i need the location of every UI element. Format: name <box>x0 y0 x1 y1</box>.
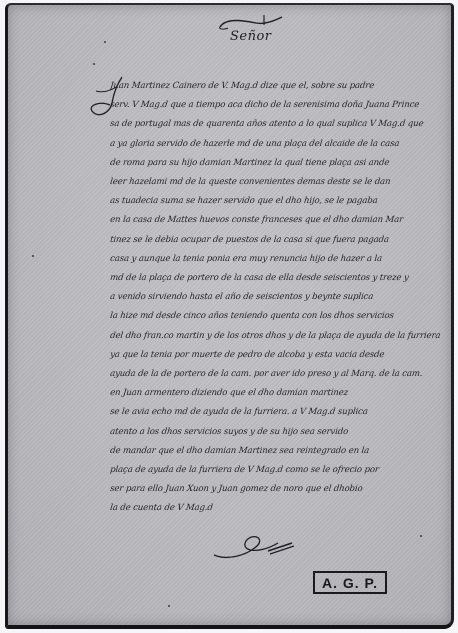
manuscript-line: se le avia echo md de ayuda de la furrie… <box>109 403 453 422</box>
paper-speck <box>420 535 422 537</box>
manuscript-line: leer hazelami md de la queste convenient… <box>109 173 453 192</box>
manuscript-line: del dho fran.co martin y de los otros dh… <box>109 327 453 346</box>
manuscript-line: de roma para su hijo damian Martinez la … <box>109 154 453 173</box>
manuscript-line: la hize md desde cinco años teniendo que… <box>109 307 453 326</box>
paper-speck <box>168 605 170 607</box>
salutation-heading: Señor <box>230 29 272 44</box>
manuscript-line: serv. V Mag.d que a tiempo aca dicho de … <box>109 96 453 115</box>
manuscript-line: de mandar que el dho damian Martinez sea… <box>109 442 453 461</box>
manuscript-body: Juan Martinez Cainero de V. Mag.d dize q… <box>110 77 452 519</box>
manuscript-line: en Juan armentero diziendo que el dho da… <box>109 384 453 403</box>
paper-speck <box>104 41 106 43</box>
manuscript-line: atento a los dhos servicios suyos y de s… <box>109 423 453 442</box>
manuscript-line: a ya gloria servido de hazerle md de una… <box>109 135 453 154</box>
manuscript-line: md de la plaça de portero de la casa de … <box>109 269 453 288</box>
manuscript-line: a venido sirviendo hasta el año de seisc… <box>109 288 453 307</box>
paper-speck <box>32 255 34 257</box>
manuscript-page: Señor Juan Martinez Cainero de V. Mag.d … <box>5 3 454 629</box>
paper-speck <box>93 63 95 65</box>
manuscript-line: tinez se le debia ocupar de puestos de l… <box>109 231 453 250</box>
archive-stamp: A. G. P. <box>313 571 387 594</box>
manuscript-line: sa de portugal mas de quarenta años aten… <box>109 115 453 134</box>
manuscript-line: ayuda de la de portero de la cam. por av… <box>109 365 453 384</box>
manuscript-line: ser para ello Juan Xuon y Juan gomez de … <box>109 480 453 499</box>
manuscript-line: en la casa de Mattes huevos conste franc… <box>109 211 453 230</box>
manuscript-line: la de cuenta de V Mag.d <box>109 499 453 518</box>
manuscript-line: Juan Martinez Cainero de V. Mag.d dize q… <box>109 77 453 96</box>
manuscript-line: ya que la tenia por muerte de pedro de a… <box>109 346 453 365</box>
manuscript-line: casa y aunque la tenia ponia era muy ren… <box>109 250 453 269</box>
manuscript-line: as tuadecia suma se hazer servido que el… <box>109 192 453 211</box>
signature-flourish-icon <box>208 525 298 565</box>
manuscript-line: plaça de ayuda de la furriera de V Mag.d… <box>109 461 453 480</box>
manuscript-scan: Señor Juan Martinez Cainero de V. Mag.d … <box>0 0 458 633</box>
